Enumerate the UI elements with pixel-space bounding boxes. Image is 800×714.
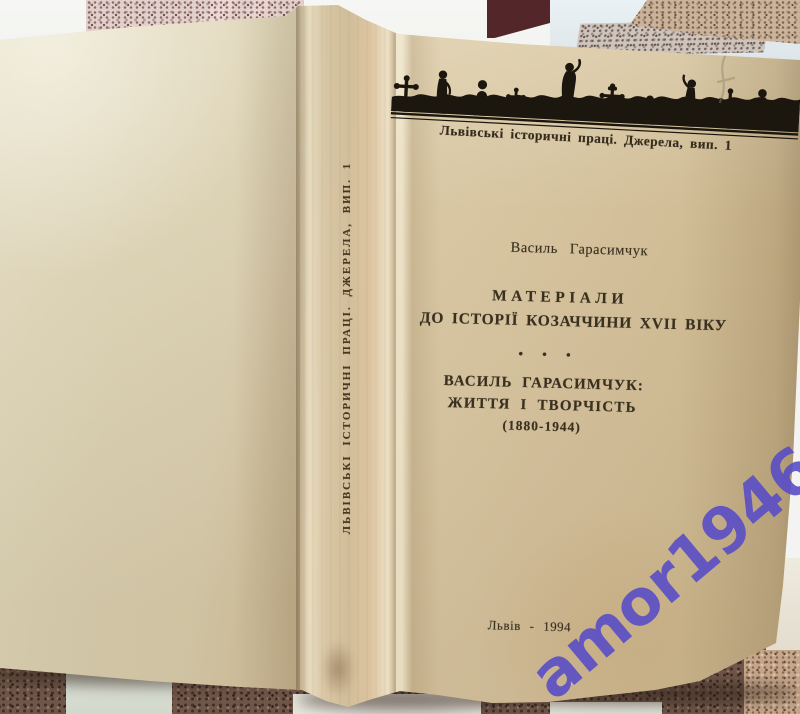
spine-series-title: ЛЬВІВСЬКІ ІСТОРИЧНІ ПРАЦІ. ДЖЕРЕЛА, ВИП.… [338, 148, 356, 548]
subtitle-years: (1880-1944) [374, 414, 710, 439]
title-line-1: МАТЕРІАЛИ [392, 285, 728, 312]
back-cover [0, 0, 300, 714]
title-line-2: ДО ІСТОРІЇ КОЗАЧЧИНИ XVII ВІКУ [405, 309, 741, 336]
spine-wear-mark [314, 630, 362, 708]
pencil-mark [700, 48, 760, 128]
author-name: Василь Гарасимчук [411, 237, 747, 263]
granite-tile-bottom-right [744, 650, 800, 714]
separator-dots: • • • [380, 342, 716, 367]
subtitle-line-1: ВАСИЛЬ ГАРАСИМЧУК: [376, 371, 712, 397]
photo-scene: ЛЬВІВСЬКІ ІСТОРИЧНІ ПРАЦІ. ДЖЕРЕЛА, ВИП.… [0, 0, 800, 714]
